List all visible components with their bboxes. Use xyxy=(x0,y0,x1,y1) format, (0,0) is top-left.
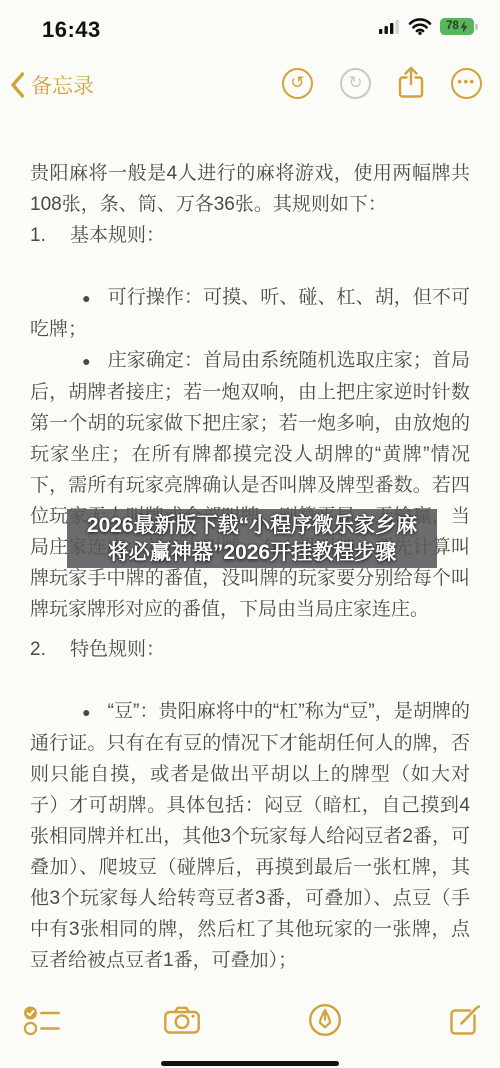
markup-icon[interactable] xyxy=(305,1000,345,1040)
status-bar: 16:43 78 xyxy=(0,0,500,54)
undo-icon[interactable]: ↺ xyxy=(282,68,313,99)
bullet-text: 可行操作：可摸、听、碰、杠、胡，但不可吃牌； xyxy=(30,287,470,340)
bullet-text: “豆”：贵阳麻将中的“杠”称为“豆”，是胡牌的通行证。只有在有豆的情况下才能胡任… xyxy=(30,701,470,971)
back-button[interactable]: 备忘录 xyxy=(10,70,94,100)
camera-icon[interactable] xyxy=(162,1000,202,1040)
chevron-left-icon xyxy=(10,72,25,98)
compose-icon[interactable] xyxy=(444,1000,484,1040)
battery-charging-icon: 78 xyxy=(440,18,478,35)
home-indicator[interactable] xyxy=(161,1061,339,1066)
blank-line xyxy=(30,665,470,696)
wifi-icon xyxy=(408,18,432,35)
note-bullet-item: ●可行操作：可摸、听、碰、杠、胡，但不可吃牌； xyxy=(30,282,470,345)
battery-percent: 78 xyxy=(446,21,459,33)
share-icon[interactable] xyxy=(398,66,424,99)
overlay-line-1: 2026最新版下载“小程序微乐家乡麻 xyxy=(87,512,417,539)
bullet-icon: ● xyxy=(82,290,91,306)
more-icon[interactable]: ••• xyxy=(451,68,482,99)
bullet-text: 庄家确定：首局由系统随机选取庄家；首局后，胡牌者接庄；若一炮双响，由上把庄家逆时… xyxy=(30,350,470,620)
list-number: 2. xyxy=(30,634,70,665)
overlay-ad-banner: 2026最新版下载“小程序微乐家乡麻 将必赢神器”2026开挂教程步骤 xyxy=(67,509,437,568)
blank-line xyxy=(30,251,470,282)
checklist-icon[interactable] xyxy=(22,1000,62,1040)
note-bullet-item: ●“豆”：贵阳麻将中的“杠”称为“豆”，是胡牌的通行证。只有在有豆的情况下才能胡… xyxy=(30,696,470,976)
list-number: 1. xyxy=(30,220,70,251)
bullet-icon: ● xyxy=(82,353,91,369)
note-paragraph: 贵阳麻将一般是4人进行的麻将游戏，使用两幅牌共108张，条、筒、万各36张。其规… xyxy=(30,158,470,220)
overlay-line-2: 将必赢神器”2026开挂教程步骤 xyxy=(108,539,396,566)
nav-bar: 备忘录 ↺ ↻ ••• xyxy=(0,62,500,114)
bottom-toolbar xyxy=(0,994,500,1048)
note-numbered-item: 1.基本规则： xyxy=(30,220,470,251)
cellular-signal-icon xyxy=(379,20,400,34)
list-item-text: 特色规则： xyxy=(70,639,165,660)
status-time: 16:43 xyxy=(42,17,101,43)
back-label: 备忘录 xyxy=(31,70,94,100)
note-numbered-item: 2.特色规则： xyxy=(30,634,470,665)
note-bullet-item: ●庄家确定：首局由系统随机选取庄家；首局后，胡牌者接庄；若一炮双响，由上把庄家逆… xyxy=(30,345,470,625)
redo-icon: ↻ xyxy=(340,68,371,99)
list-item-text: 基本规则： xyxy=(70,225,165,246)
bullet-icon: ● xyxy=(82,704,91,720)
